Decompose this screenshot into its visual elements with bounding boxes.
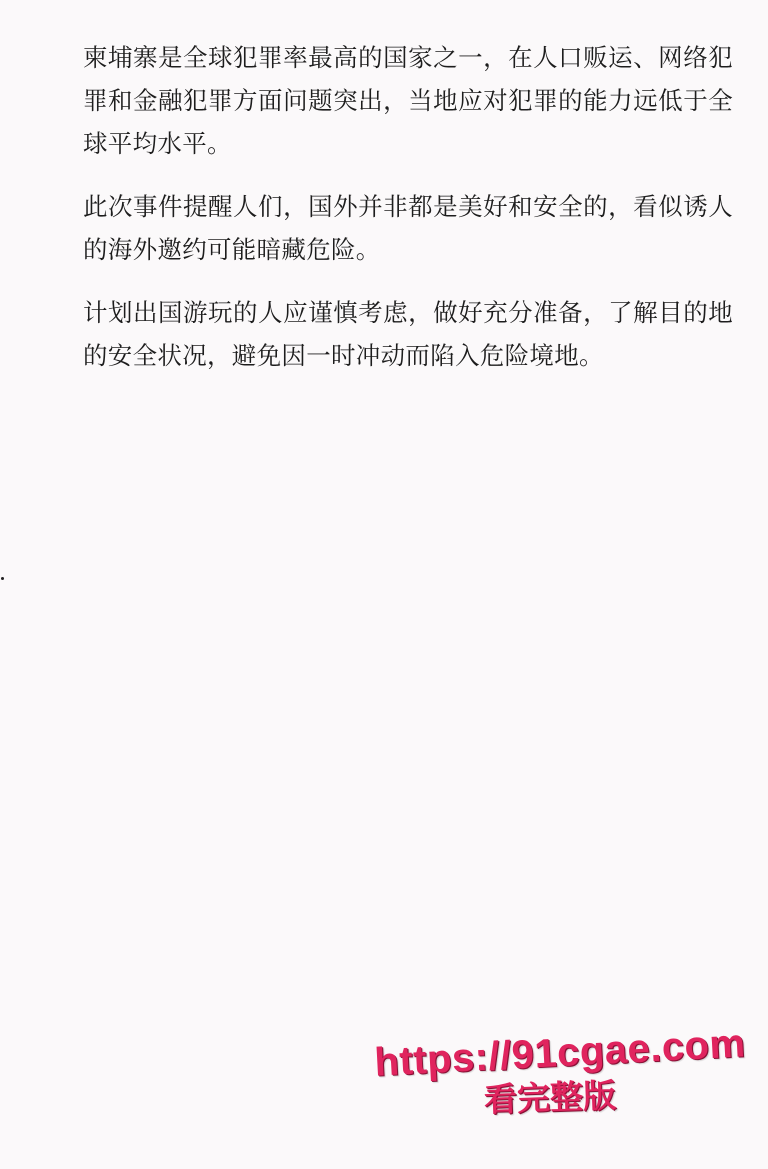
article-body: 柬埔寨是全球犯罪率最高的国家之一，在人口贩运、网络犯罪和金融犯罪方面问题突出，当… [83,36,733,397]
watermark-overlay[interactable]: https://91cgae.com 看完整版 [360,1030,760,1118]
article-paragraph: 计划出国游玩的人应谨慎考虑，做好充分准备，了解目的地的安全状况，避免因一时冲动而… [83,291,733,377]
article-paragraph: 柬埔寨是全球犯罪率最高的国家之一，在人口贩运、网络犯罪和金融犯罪方面问题突出，当… [83,36,733,165]
stray-dot [1,577,4,580]
article-paragraph: 此次事件提醒人们，国外并非都是美好和安全的，看似诱人的海外邀约可能暗藏危险。 [83,185,733,271]
